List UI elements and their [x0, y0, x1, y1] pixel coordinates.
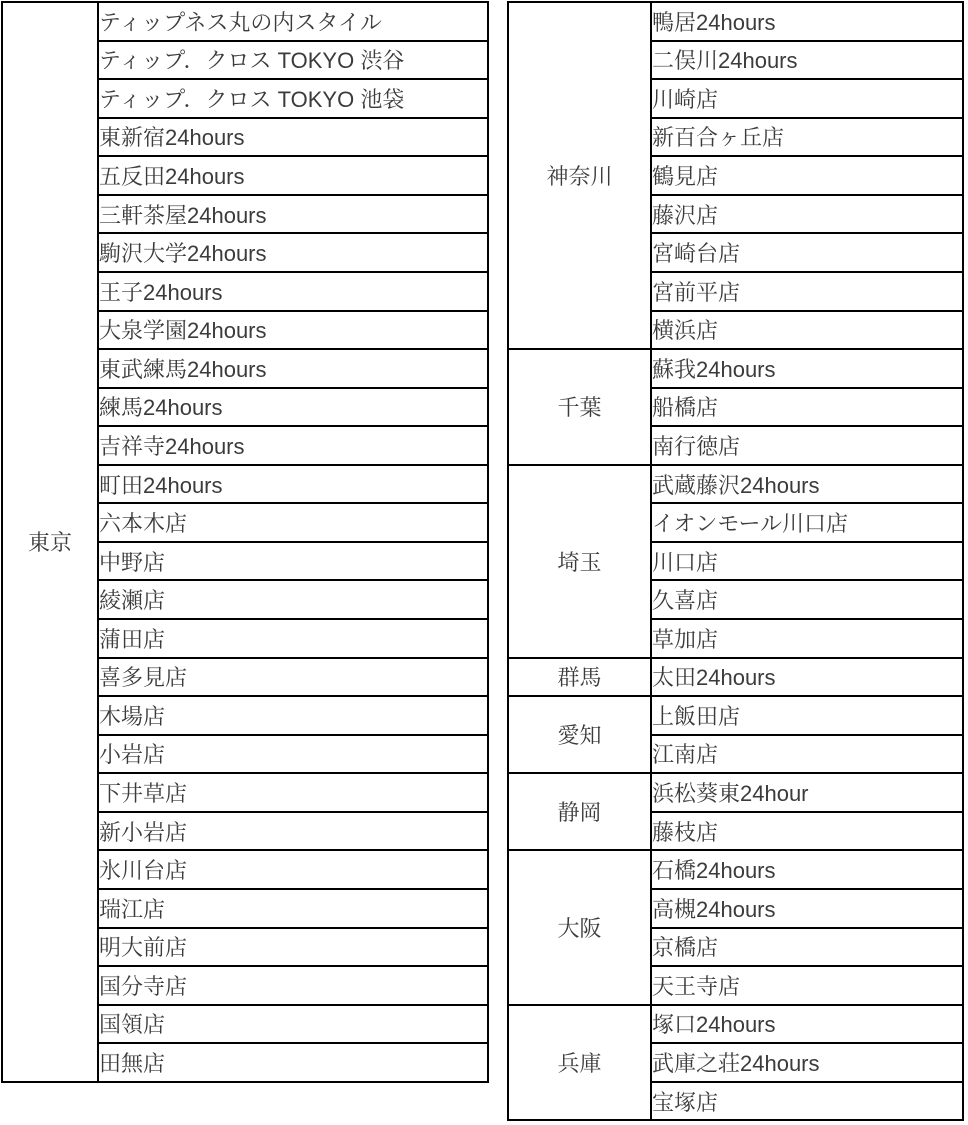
store-cell: 吉祥寺24hours: [98, 426, 488, 465]
store-cell: 喜多見店: [98, 658, 488, 697]
store-location-list: 東京ティップネス丸の内スタイルティップ．クロス TOKYO 渋谷ティップ．クロス…: [0, 0, 968, 1121]
prefecture-cell: 大阪: [508, 850, 651, 1004]
store-cell: 東武練馬24hours: [98, 349, 488, 388]
prefecture-cell: 静岡: [508, 773, 651, 850]
store-cell: 木場店: [98, 696, 488, 735]
store-cell: 六本木店: [98, 503, 488, 542]
store-cell: 鴨居24hours: [651, 2, 963, 41]
prefecture-cell: 東京: [2, 2, 98, 1082]
store-cell: 久喜店: [651, 580, 963, 619]
store-cell: 二俣川24hours: [651, 41, 963, 80]
prefecture-cell: 愛知: [508, 696, 651, 773]
store-table-left-body: 東京ティップネス丸の内スタイルティップ．クロス TOKYO 渋谷ティップ．クロス…: [2, 2, 488, 1082]
store-cell: 町田24hours: [98, 465, 488, 504]
store-cell: 川崎店: [651, 79, 963, 118]
store-cell: 京橋店: [651, 928, 963, 967]
store-cell: 大泉学園24hours: [98, 311, 488, 350]
store-cell: 蘇我24hours: [651, 349, 963, 388]
table-row: 兵庫塚口24hours: [508, 1005, 963, 1044]
table-row: 静岡浜松葵東24hour: [508, 773, 963, 812]
store-cell: 武蔵藤沢24hours: [651, 465, 963, 504]
table-row: 東京ティップネス丸の内スタイル: [2, 2, 488, 41]
store-cell: 藤沢店: [651, 195, 963, 234]
store-cell: 駒沢大学24hours: [98, 233, 488, 272]
table-row: 千葉蘇我24hours: [508, 349, 963, 388]
prefecture-cell: 群馬: [508, 658, 651, 697]
store-cell: 鶴見店: [651, 156, 963, 195]
store-table-right: 神奈川鴨居24hours二俣川24hours川崎店新百合ヶ丘店鶴見店藤沢店宮崎台…: [507, 1, 964, 1121]
store-cell: 小岩店: [98, 735, 488, 774]
store-cell: 太田24hours: [651, 658, 963, 697]
store-cell: 蒲田店: [98, 619, 488, 658]
store-cell: 練馬24hours: [98, 388, 488, 427]
store-cell: 三軒茶屋24hours: [98, 195, 488, 234]
prefecture-cell: 埼玉: [508, 465, 651, 658]
store-table-right-body: 神奈川鴨居24hours二俣川24hours川崎店新百合ヶ丘店鶴見店藤沢店宮崎台…: [508, 2, 963, 1120]
store-cell: 草加店: [651, 619, 963, 658]
store-cell: 東新宿24hours: [98, 118, 488, 157]
store-cell: 浜松葵東24hour: [651, 773, 963, 812]
prefecture-cell: 神奈川: [508, 2, 651, 349]
prefecture-cell: 兵庫: [508, 1005, 651, 1121]
store-cell: 王子24hours: [98, 272, 488, 311]
store-cell: 明大前店: [98, 928, 488, 967]
store-cell: ティップネス丸の内スタイル: [98, 2, 488, 41]
table-row: 神奈川鴨居24hours: [508, 2, 963, 41]
table-row: 埼玉武蔵藤沢24hours: [508, 465, 963, 504]
store-cell: 宮前平店: [651, 272, 963, 311]
store-cell: 塚口24hours: [651, 1005, 963, 1044]
store-cell: 横浜店: [651, 311, 963, 350]
store-cell: 国領店: [98, 1005, 488, 1044]
store-cell: 氷川台店: [98, 850, 488, 889]
store-cell: 川口店: [651, 542, 963, 581]
table-row: 愛知上飯田店: [508, 696, 963, 735]
store-cell: 田無店: [98, 1043, 488, 1082]
store-cell: 上飯田店: [651, 696, 963, 735]
store-cell: 高槻24hours: [651, 889, 963, 928]
store-cell: 石橋24hours: [651, 850, 963, 889]
store-cell: 船橋店: [651, 388, 963, 427]
store-cell: 中野店: [98, 542, 488, 581]
store-cell: 瑞江店: [98, 889, 488, 928]
store-cell: 五反田24hours: [98, 156, 488, 195]
store-table-left: 東京ティップネス丸の内スタイルティップ．クロス TOKYO 渋谷ティップ．クロス…: [1, 1, 489, 1083]
store-cell: 南行徳店: [651, 426, 963, 465]
store-cell: イオンモール川口店: [651, 503, 963, 542]
store-cell: ティップ．クロス TOKYO 渋谷: [98, 41, 488, 80]
prefecture-cell: 千葉: [508, 349, 651, 465]
store-cell: 天王寺店: [651, 966, 963, 1005]
store-cell: 宮崎台店: [651, 233, 963, 272]
store-cell: 江南店: [651, 735, 963, 774]
store-cell: 国分寺店: [98, 966, 488, 1005]
store-cell: 綾瀬店: [98, 580, 488, 619]
store-cell: 宝塚店: [651, 1082, 963, 1121]
store-cell: 武庫之荘24hours: [651, 1043, 963, 1082]
store-cell: ティップ．クロス TOKYO 池袋: [98, 79, 488, 118]
table-row: 群馬太田24hours: [508, 658, 963, 697]
store-cell: 新百合ヶ丘店: [651, 118, 963, 157]
table-row: 大阪石橋24hours: [508, 850, 963, 889]
store-cell: 下井草店: [98, 773, 488, 812]
store-cell: 新小岩店: [98, 812, 488, 851]
store-cell: 藤枝店: [651, 812, 963, 851]
